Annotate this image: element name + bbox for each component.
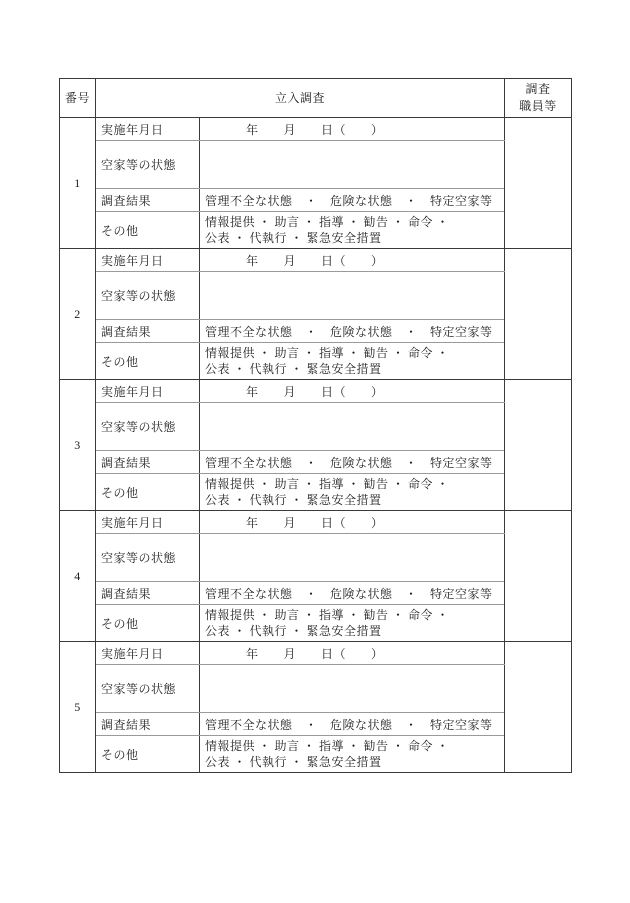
date-row: 2 実施年月日 年 月 日（ ） [60, 249, 572, 272]
state-value [200, 403, 505, 451]
other-value-line2: 公表 ・ 代執行 ・ 緊急安全措置 [205, 623, 504, 639]
state-row: 空家等の状態 [60, 534, 572, 582]
result-value: 管理不全な状態 ・ 危険な状態 ・ 特定空家等 [200, 451, 505, 474]
header-inspection: 立入調査 [96, 79, 505, 118]
inspection-block-5: 5 実施年月日 年 月 日（ ） 空家等の状態 調査結果 管理不全な状態 ・ 危… [60, 642, 572, 773]
result-row: 調査結果 管理不全な状態 ・ 危険な状態 ・ 特定空家等 [60, 320, 572, 343]
inspection-block-1: 1 実施年月日 年 月 日（ ） 空家等の状態 調査結果 管理不全な状態 ・ 危… [60, 118, 572, 249]
other-label: その他 [96, 736, 200, 773]
state-label: 空家等の状態 [96, 141, 200, 189]
state-row: 空家等の状態 [60, 141, 572, 189]
other-row: その他 情報提供 ・ 助言 ・ 指導 ・ 勧告 ・ 命令 ・ 公表 ・ 代執行 … [60, 212, 572, 249]
inspection-block-3: 3 実施年月日 年 月 日（ ） 空家等の状態 調査結果 管理不全な状態 ・ 危… [60, 380, 572, 511]
other-value: 情報提供 ・ 助言 ・ 指導 ・ 勧告 ・ 命令 ・ 公表 ・ 代執行 ・ 緊急… [200, 212, 505, 249]
other-row: その他 情報提供 ・ 助言 ・ 指導 ・ 勧告 ・ 命令 ・ 公表 ・ 代執行 … [60, 736, 572, 773]
other-value-line2: 公表 ・ 代執行 ・ 緊急安全措置 [205, 230, 504, 246]
other-value: 情報提供 ・ 助言 ・ 指導 ・ 勧告 ・ 命令 ・ 公表 ・ 代執行 ・ 緊急… [200, 736, 505, 773]
date-value: 年 月 日（ ） [200, 511, 505, 534]
other-label: その他 [96, 605, 200, 642]
other-value-line1: 情報提供 ・ 助言 ・ 指導 ・ 勧告 ・ 命令 ・ [205, 607, 504, 623]
date-value: 年 月 日（ ） [200, 380, 505, 403]
date-row: 3 実施年月日 年 月 日（ ） [60, 380, 572, 403]
result-value: 管理不全な状態 ・ 危険な状態 ・ 特定空家等 [200, 320, 505, 343]
table-header: 番号 立入調査 調査 職員等 [60, 79, 572, 118]
block-number: 3 [60, 380, 96, 511]
block-number: 5 [60, 642, 96, 773]
header-staff: 調査 職員等 [505, 79, 572, 118]
other-row: その他 情報提供 ・ 助言 ・ 指導 ・ 勧告 ・ 命令 ・ 公表 ・ 代執行 … [60, 605, 572, 642]
other-value: 情報提供 ・ 助言 ・ 指導 ・ 勧告 ・ 命令 ・ 公表 ・ 代執行 ・ 緊急… [200, 474, 505, 511]
state-label: 空家等の状態 [96, 272, 200, 320]
other-row: その他 情報提供 ・ 助言 ・ 指導 ・ 勧告 ・ 命令 ・ 公表 ・ 代執行 … [60, 343, 572, 380]
date-label: 実施年月日 [96, 511, 200, 534]
date-label: 実施年月日 [96, 380, 200, 403]
result-row: 調査結果 管理不全な状態 ・ 危険な状態 ・ 特定空家等 [60, 451, 572, 474]
other-label: その他 [96, 474, 200, 511]
header-number: 番号 [60, 79, 96, 118]
result-label: 調査結果 [96, 582, 200, 605]
date-label: 実施年月日 [96, 249, 200, 272]
header-staff-line2: 職員等 [505, 98, 571, 115]
other-value-line2: 公表 ・ 代執行 ・ 緊急安全措置 [205, 361, 504, 377]
other-value: 情報提供 ・ 助言 ・ 指導 ・ 勧告 ・ 命令 ・ 公表 ・ 代執行 ・ 緊急… [200, 343, 505, 380]
other-value-line2: 公表 ・ 代執行 ・ 緊急安全措置 [205, 492, 504, 508]
date-label: 実施年月日 [96, 642, 200, 665]
other-value-line1: 情報提供 ・ 助言 ・ 指導 ・ 勧告 ・ 命令 ・ [205, 345, 504, 361]
other-row: その他 情報提供 ・ 助言 ・ 指導 ・ 勧告 ・ 命令 ・ 公表 ・ 代執行 … [60, 474, 572, 511]
result-value: 管理不全な状態 ・ 危険な状態 ・ 特定空家等 [200, 713, 505, 736]
date-label: 実施年月日 [96, 118, 200, 141]
result-label: 調査結果 [96, 189, 200, 212]
header-row: 番号 立入調査 調査 職員等 [60, 79, 572, 118]
other-value-line1: 情報提供 ・ 助言 ・ 指導 ・ 勧告 ・ 命令 ・ [205, 738, 504, 754]
date-row: 4 実施年月日 年 月 日（ ） [60, 511, 572, 534]
result-row: 調査結果 管理不全な状態 ・ 危険な状態 ・ 特定空家等 [60, 582, 572, 605]
other-label: その他 [96, 343, 200, 380]
state-value [200, 272, 505, 320]
result-label: 調査結果 [96, 451, 200, 474]
block-number: 2 [60, 249, 96, 380]
result-label: 調査結果 [96, 320, 200, 343]
other-label: その他 [96, 212, 200, 249]
inspection-block-2: 2 実施年月日 年 月 日（ ） 空家等の状態 調査結果 管理不全な状態 ・ 危… [60, 249, 572, 380]
block-number: 4 [60, 511, 96, 642]
result-row: 調査結果 管理不全な状態 ・ 危険な状態 ・ 特定空家等 [60, 189, 572, 212]
staff-cell [505, 642, 572, 773]
result-value: 管理不全な状態 ・ 危険な状態 ・ 特定空家等 [200, 582, 505, 605]
date-row: 1 実施年月日 年 月 日（ ） [60, 118, 572, 141]
state-row: 空家等の状態 [60, 665, 572, 713]
state-value [200, 141, 505, 189]
document-page: 番号 立入調査 調査 職員等 1 実施年月日 年 月 日（ ） 空家等の状態 調 [0, 0, 630, 903]
state-row: 空家等の状態 [60, 272, 572, 320]
state-value [200, 534, 505, 582]
inspection-record-table: 番号 立入調査 調査 職員等 1 実施年月日 年 月 日（ ） 空家等の状態 調 [59, 78, 572, 773]
state-row: 空家等の状態 [60, 403, 572, 451]
state-label: 空家等の状態 [96, 665, 200, 713]
result-row: 調査結果 管理不全な状態 ・ 危険な状態 ・ 特定空家等 [60, 713, 572, 736]
other-value: 情報提供 ・ 助言 ・ 指導 ・ 勧告 ・ 命令 ・ 公表 ・ 代執行 ・ 緊急… [200, 605, 505, 642]
date-value: 年 月 日（ ） [200, 118, 505, 141]
state-label: 空家等の状態 [96, 534, 200, 582]
header-staff-line1: 調査 [505, 81, 571, 98]
staff-cell [505, 249, 572, 380]
result-label: 調査結果 [96, 713, 200, 736]
block-number: 1 [60, 118, 96, 249]
state-value [200, 665, 505, 713]
staff-cell [505, 380, 572, 511]
staff-cell [505, 511, 572, 642]
date-value: 年 月 日（ ） [200, 642, 505, 665]
date-row: 5 実施年月日 年 月 日（ ） [60, 642, 572, 665]
other-value-line1: 情報提供 ・ 助言 ・ 指導 ・ 勧告 ・ 命令 ・ [205, 214, 504, 230]
date-value: 年 月 日（ ） [200, 249, 505, 272]
inspection-block-4: 4 実施年月日 年 月 日（ ） 空家等の状態 調査結果 管理不全な状態 ・ 危… [60, 511, 572, 642]
state-label: 空家等の状態 [96, 403, 200, 451]
staff-cell [505, 118, 572, 249]
result-value: 管理不全な状態 ・ 危険な状態 ・ 特定空家等 [200, 189, 505, 212]
other-value-line1: 情報提供 ・ 助言 ・ 指導 ・ 勧告 ・ 命令 ・ [205, 476, 504, 492]
other-value-line2: 公表 ・ 代執行 ・ 緊急安全措置 [205, 754, 504, 770]
